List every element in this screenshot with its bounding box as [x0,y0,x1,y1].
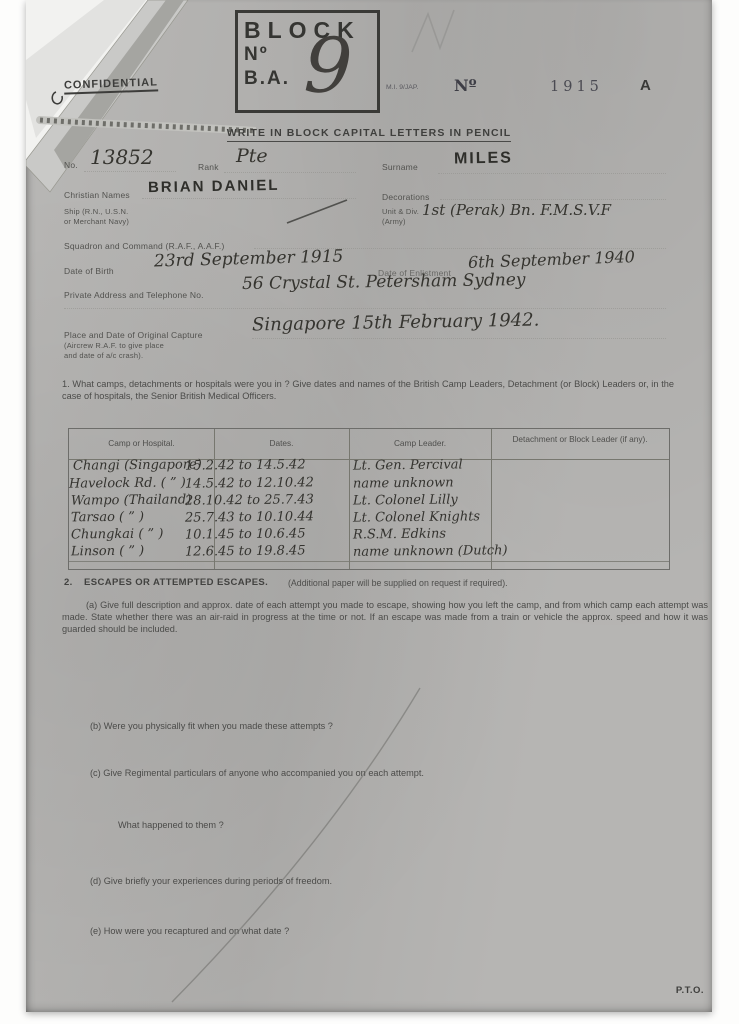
pencil-squiggle-mark [412,10,454,52]
dates-cell: 25.7.43 to 10.10.44 [185,509,314,525]
dates-cell: 15.2.42 to 14.5.42 [185,457,306,473]
camp-table-row: Changi (Singapore) 15.2.42 to 14.5.42 Lt… [69,458,669,475]
question2-note: (Additional paper will be supplied on re… [288,578,508,588]
question2c-text: (c) Give Regimental particulars of anyon… [90,768,424,778]
leader-cell: name unknown (Dutch) [353,543,508,560]
camp-table-row: Chungkai ( ” ) 10.1.45 to 10.6.45 R.S.M.… [69,527,669,544]
camp-cell: Changi (Singapore) [73,457,202,473]
camp-table-row: Tarsao ( ” ) 25.7.43 to 10.10.44 Lt. Col… [69,510,669,527]
pto-footer: P.T.O. [676,985,704,996]
table-header-leader: Camp Leader. [349,438,491,448]
date-of-birth-value: 23rd September 1915 [154,247,344,272]
scanned-form-page: CONFIDENTIAL BLOCK Nº B.A. 9 M.I. 9/JAP.… [26,0,712,1012]
question2d-text: (d) Give briefly your experiences during… [90,876,332,886]
leader-cell: Lt. Colonel Lilly [353,492,458,508]
dates-cell: 10.1.45 to 10.6.45 [185,526,306,542]
question2-number: 2. [64,577,73,588]
stamp-handwritten-number: 9 [303,30,354,102]
dates-cell: 14.5.42 to 12.10.42 [185,475,314,491]
camp-cell: Havelock Rd. ( ” ) [69,475,186,491]
question2-heading: ESCAPES OR ATTEMPTED ESCAPES. [84,577,268,588]
dates-cell: 28.10.42 to 25.7.43 [185,492,314,508]
mi9-ref-suffix: A [640,77,651,94]
question2b-text: (b) Were you physically fit when you mad… [90,721,333,731]
camp-table-row: Wampo (Thailand) 28.10.42 to 25.7.43 Lt.… [69,493,669,510]
capture-label-line2: (Aircrew R.A.F. to give place [64,341,164,350]
question2c-followup-text: What happened to them ? [118,820,224,830]
camp-cell: Tarsao ( ” ) [71,510,144,526]
mi9-ref-prefix: M.I. 9/JAP. [386,84,418,91]
surname-value: MILES [454,149,513,168]
ship-label-line2: or Merchant Navy) [64,217,129,226]
form-instruction-heading: WRITE IN BLOCK CAPITAL LETTERS IN PENCIL [26,127,712,139]
leader-cell: R.S.M. Edkins [353,527,446,543]
leader-cell: Lt. Gen. Percival [353,457,463,473]
capture-value: Singapore 15th February 1942. [252,309,540,335]
camp-cell: Linson ( ” ) [71,544,144,560]
no-value: 13852 [90,145,154,169]
mi9-ref-number: 1915 [550,79,603,95]
no-label: No. [64,160,78,170]
rank-value: Pte [236,145,268,167]
dates-cell: 12.6.45 to 19.8.45 [185,543,306,559]
ship-field-dash-mark [287,200,347,223]
camp-table-row: Linson ( ” ) 12.6.45 to 19.8.45 name unk… [69,544,669,561]
leader-cell: Lt. Colonel Knights [353,509,480,525]
camp-cell: Wampo (Thailand) [71,492,191,508]
address-label: Private Address and Telephone No. [64,290,204,300]
rank-label: Rank [198,162,219,172]
block-number-stamp: BLOCK Nº B.A. 9 [235,10,380,113]
camp-table: Camp or Hospital. Dates. Camp Leader. De… [68,428,670,570]
unit-value: 1st (Perak) Bn. F.M.S.V.F [422,201,611,219]
address-value: 56 Crystal St. Petersham Sydney [242,270,526,294]
table-header-dates: Dates. [214,438,349,448]
christian-names-value: BRIAN DANIEL [148,177,280,196]
christian-names-label: Christian Names [64,190,130,200]
capture-label-line1: Place and Date of Original Capture [64,330,203,340]
camp-cell: Chungkai ( ” ) [71,527,164,543]
question2e-text: (e) How were you recaptured and on what … [90,926,289,936]
question1-text: 1. What camps, detachments or hospitals … [62,379,674,403]
question2a-text: (a) Give full description and approx. da… [62,600,708,635]
leader-cell: name unknown [353,475,454,491]
confidential-stamp: CONFIDENTIAL [64,76,158,94]
date-of-birth-label: Date of Birth [64,266,114,276]
capture-label-line3: and date of a/c crash). [64,351,143,360]
enlistment-value: 6th September 1940 [468,247,635,272]
diagonal-pencil-line [172,688,420,1002]
surname-label: Surname [382,162,418,172]
table-bottom-rule [69,561,669,562]
table-header-camp: Camp or Hospital. [69,438,214,448]
table-header-detachment: Detachment or Block Leader (if any). [497,434,663,444]
unit-label-line1: Unit & Div. [382,207,419,216]
camp-table-row: Havelock Rd. ( ” ) 14.5.42 to 12.10.42 n… [69,476,669,493]
ship-label-line1: Ship (R.N., U.S.N. [64,207,128,216]
mi9-no-label: Nº [454,76,477,95]
unit-label-line2: (Army) [382,217,406,226]
